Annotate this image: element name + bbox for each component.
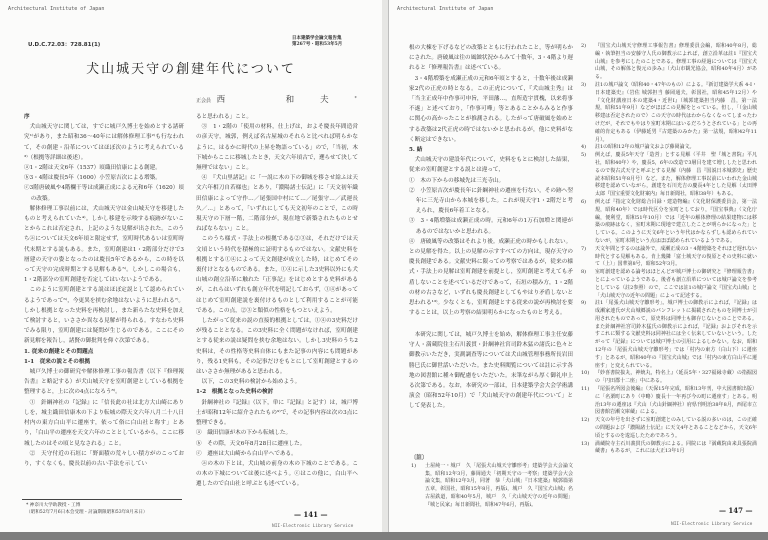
receipt-date: （昭和52年7月6日本会受理・討論期限昭和53年8月末日） [26, 509, 148, 516]
page-number: — 141 — [294, 510, 328, 519]
note-number: 5) [581, 152, 595, 199]
list-item: ③ 3・4階増築は成瀬正成の時。元和6年の1万石加増と関連があるのではないかと思… [409, 216, 573, 236]
right-page: Architectural Institute of Japan 根の大棟を下げ… [388, 0, 768, 532]
acknowledgement-text: 本研究に関しては，城戸久博士を始め，解体修理工事主任安藤守人・満蔵院住主石川義貫… [409, 330, 573, 412]
note-entry: 3)註1の城戸論文（昭和40・47年のもの）による。『新訂建築学大系 4-Ⅰ・日… [581, 82, 757, 144]
section-heading: 序 [24, 112, 184, 122]
journal-issue: 第267号・昭和53年5月 [292, 42, 342, 48]
note-text: 土屋純一・城戸 久「尾張犬山城天守雛形考」建築学会大会論文集，昭和12年3月，藤… [425, 463, 573, 510]
udc-code: U.D.C.72.03：728.81(1) [28, 40, 100, 48]
paragraph: 犬山城天守の建設年代について，史料をもとに検討した結果，従来の室町創建とする説と… [409, 155, 573, 175]
author-line: 正会員 西 和夫* [196, 93, 357, 105]
notes-column-right: 2)『国宝犬山城天守修理工事報告書』修理委員会編，昭和40年8月，総編・執筆担当… [581, 43, 757, 456]
note-entry: 5)例えば，慶長5年天守「造営」とする見解（平井 聖『城と書院』平凡社，昭和40… [581, 152, 757, 199]
note-text: 室町創建を認める論考はほとんどが城戸博士の御研究と『修理報告書』とによっているよ… [595, 269, 757, 300]
note-number: 1) [411, 463, 425, 510]
note-entry: 7)天文年間とするのは論外で，成瀬正成の3・4階増築をそれほど遅れない時代とする… [581, 246, 757, 269]
paragraph: 根の大棟を下げるなどの改築とともに行われたこと，等が明らかにされた。唐破風は往の… [409, 43, 573, 74]
paragraph: ③ 1・2階の「使用の材料，仕上げは，およそ慶長年間造営の彦天守，城郭，例えば名… [196, 122, 358, 173]
note-entry: 12)天文の年号を出さずに室町創建とのみしている説の多いのは，この正確の問題およ… [581, 417, 757, 440]
note-number: 7) [581, 246, 595, 269]
right-column-1: 根の大棟を下げるなどの改築とともに行われたこと，等が明らかにされた。唐破風は往の… [409, 43, 573, 318]
list-item: ② 小笠原吉次が慶長年に針綱神社の遷座を行ない，その跡へ翌年に三光寺山から本城を… [409, 186, 573, 217]
page-number: — 147 — [719, 506, 753, 515]
paragraph: このように室町創建とする説はほぼ定説として認められているようであって⁶⁾，今更異… [24, 285, 184, 346]
author-footnote: * 神奈川大学助教授・工博 （昭和52年7月6日本会受理・討論期限昭和53年8月… [26, 502, 148, 516]
note-number: 13) [581, 441, 595, 457]
list-item: ④ 唐破風等の改築はそれより後。成瀬正虎の時かもしれない。 [409, 237, 573, 247]
paragraph: このうち様式・手法上の根拠である②③は，それだけでは天文頃という時代を積極的に証… [196, 234, 358, 316]
list-item: ⓑ3・4階は慶長5年（1600）小笠原吉次による増築。 [24, 173, 184, 183]
paragraph: ると思われる」こと。 [196, 112, 358, 122]
note-number: 3) [581, 82, 595, 144]
note-text: 満蔵院寺主石川義貫氏の御教示による。同院には『満蔵院由来具張院満蔵書』もあるが，… [595, 441, 757, 457]
paragraph: 針綱神社の『記録』（以下，単に『記録』と記す）は，城戸博士が昭和12年に紹介され… [196, 398, 358, 429]
list-item: ⓐ 織田信康が木の下から転城した。 [196, 428, 358, 438]
note-number: 8) [581, 269, 595, 300]
left-column-1: 序犬山城天守に関しては，すでに城戸久博士を始めとする諸研究¹⁾があり，また昭和3… [24, 112, 184, 469]
paragraph: 以下，この3史料の検討から始めよう。 [196, 377, 358, 387]
paragraph: との見解を得た。以上の見解の示すすべての方向は，現存天守の慶長創建である。文献史… [409, 247, 573, 318]
section-heading: 1-2 根拠となった史料の検討 [196, 387, 358, 397]
note-text: 天文の年号を出さずに室町創建とのみしている説の多いのは，この正確の問題および『濃… [595, 417, 757, 440]
note-text: 註1の城戸論文（昭和40・47年のもの）による。『新訂建築学大系 4-Ⅰ・日本建… [595, 82, 757, 144]
author-role: 正会員 [196, 98, 211, 104]
note-entry: 13)満蔵院寺主石川義貫氏の御教示による。同院には『満蔵院由来具張院満蔵書』もあ… [581, 441, 757, 457]
journal-info: 日本建築学会論文報告集 第267号・昭和53年5月 [292, 36, 342, 47]
note-entry: 4)註1の昭和12年の城戸論文および藤岡論文。 [581, 144, 757, 152]
note-entry: 10)『妙喜書院抜丸，神統丸，特名上』（延長5年・327福縁寺蔵）の指掘図の「円… [581, 370, 757, 386]
library-footer: NII-Electronic Library Service [671, 522, 752, 527]
journal-name: 日本建築学会論文報告集 [292, 36, 342, 42]
list-item: ① 木の下からの移城先は三光寺山。 [409, 176, 573, 186]
paragraph: ② 天守付近の石垣に「野面積の荒々しい積方がのこっており，すくなくも，慶長以前の… [24, 449, 184, 469]
note-text: 例えば，慶長5年天守「造営」とする見解（平井 聖『城と書院』平凡社，昭和40年）… [595, 152, 757, 199]
section-heading: 5. 結 [409, 145, 573, 155]
section-heading: 1-1 従来の説とその根拠 [24, 357, 184, 367]
author-mark: * [355, 95, 357, 100]
page-header: Architectural Institute of Japan [8, 6, 104, 12]
note-text: 註1の昭和12年の城戸論文および藤岡論文。 [595, 144, 757, 152]
note-number: 12) [581, 417, 595, 440]
paragraph: 城戸久博士の御研究や解体修理工事の報告書（以下『修理報告書』と略記する）が犬山城… [24, 367, 184, 398]
note-entry: 8)室町創建を認める論考はほとんどが城戸博士の御研究と『修理報告書』とによってい… [581, 269, 757, 300]
note-text: 『妙喜書院抜丸，神統丸，特名上』（延長5年・327福縁寺蔵）の指掘図の「円田郡十… [595, 370, 757, 386]
footnote-rule [22, 499, 182, 500]
note-number: 11) [581, 386, 595, 417]
left-page: Architectural Institute of Japan U.D.C.7… [0, 0, 383, 532]
note-number: 4) [581, 144, 595, 152]
section-heading: 1. 従来の創建とその問題点 [24, 347, 184, 357]
note-text: 例えば『指定文化財総合目録・建造物編』（文化財保護委員会，第一法規，昭和40年）… [595, 199, 757, 246]
note-text: 天文年間とするのは論外で，成瀬正成の3・4階増築をそれほど遅れない時代とする見解… [595, 246, 757, 269]
scan-bottom-edge [0, 532, 768, 540]
paragraph: したがって従来の説の直接的根拠としては，①④の3史料だけが残ることとなる。この3… [196, 316, 358, 377]
note-entry: 2)『国宝犬山城天守修理工事報告書』修理委員会編，昭和40年8月，総編・執筆担当… [581, 43, 757, 82]
paragraph: 解体修理工事以前には，犬山城天守は金山城天守を移建したものと考えられていた⁴⁾。… [24, 204, 184, 286]
author-name: 西 和夫 [217, 95, 355, 105]
note-text: 註1「尾張犬山城天守雛形考」。城戸博士の御教示によれば，『記録』は成瀬家連氏が犬… [595, 300, 757, 370]
page-header: Architectural Institute of Japan [397, 6, 493, 12]
note-number: 6) [581, 199, 595, 246]
left-column-2: ると思われる」こと。③ 1・2階の「使用の材料，仕上げは，およそ慶長年間造営の彦… [196, 112, 358, 490]
note-entry: 1)土屋純一・城戸 久「尾張犬山城天守雛形考」建築学会大会論文集，昭和12年3月… [411, 463, 573, 510]
library-footer: NII-Electronic Library Service [272, 524, 353, 529]
acknowledgement: 本研究に関しては，城戸久博士を始め，解体修理工事主任安藤守人・満蔵院住主石川義貫… [409, 330, 573, 412]
note-text: 『尾張名所図会後編』（天保15年完成，昭和13年刊，中大図書館出版）に「名栗町に… [595, 386, 757, 417]
note-entry: 6)例えば『指定文化財総合目録・建造物編』（文化財保護委員会，第一法規，昭和40… [581, 199, 757, 246]
article-title: 犬山城天守の創建年代について [0, 58, 382, 77]
list-item: ⓒ3階唐破風や4階欄干等は成瀬正成による元和6年（1620）頃の改築。 [24, 183, 184, 203]
note-entry: 9)註1「尾張犬山城天守雛形考」。城戸博士の御教示によれば，『記録』は成瀬家連氏… [581, 300, 757, 370]
note-entry: 11)『尾張名所図会後編』（天保15年完成，昭和13年刊，中大図書館出版）に「名… [581, 386, 757, 417]
paragraph: 3・4階増築を成瀬正成の元和6年頃とすると，十数年後は成瀬家2代の正虎の時となる… [409, 74, 573, 145]
list-item: ⓒ 遷座は大山崎から白山平へである。 [196, 449, 358, 459]
paragraph: ① 針綱神社の『記録』に「信長此の社は北方大山崎にありしを，城主織田信康木の下よ… [24, 398, 184, 449]
note-number: 2) [581, 43, 595, 82]
notes-column-left: 〔註〕 1)土屋純一・城戸 久「尾張犬山城天守雛形考」建築学会大会論文集，昭和1… [411, 455, 573, 510]
note-number: 10) [581, 370, 595, 386]
list-item: ⓑ その際，天文6年8月28日に遷座した。 [196, 439, 358, 449]
list-item: ⓐ1・2階は天文6年（1537）頃織田信康による創建。 [24, 163, 184, 173]
affiliation: * 神奈川大学助教授・工博 [26, 502, 148, 509]
note-text: 『国宝犬山城天守修理工事報告書』修理委員会編，昭和40年8月，総編・執筆担当の安… [595, 43, 757, 82]
paragraph: ⓐの木の下とは，犬山城の前身の木の下城のことである。この木の下城については後に述… [196, 459, 358, 490]
note-number: 9) [581, 300, 595, 370]
notes-heading: 〔註〕 [411, 455, 573, 463]
paragraph: 犬山城天守に関しては，すでに城戸久博士を始めとする諸研究¹⁾があり，また昭和36… [24, 122, 184, 163]
paragraph: ④ 『犬山里諸記』に「一説に木の下の御城を移させ給ふは天文六年相刀自若様也」とあ… [196, 173, 358, 234]
